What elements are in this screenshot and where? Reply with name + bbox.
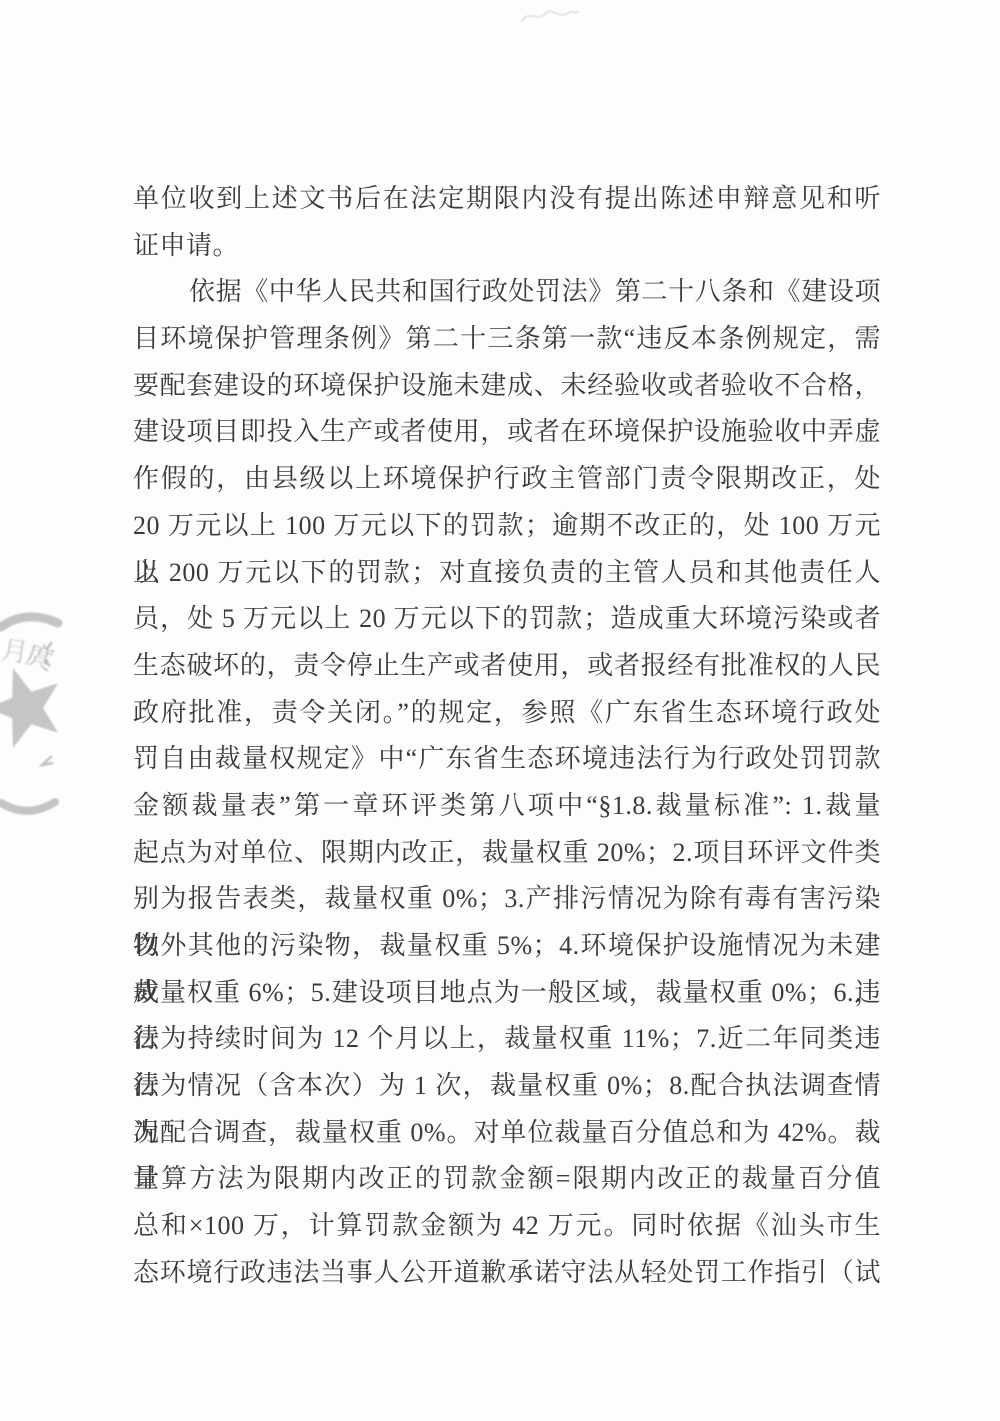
text-line: 计算方法为限期内改正的罚款金额=限期内改正的裁量百分值 — [133, 1156, 881, 1203]
seal-stroke-fragment — [42, 756, 53, 765]
text-line: 裁量权重 6%；5.建设项目地点为一般区域，裁量权重 0%；6.违法 — [133, 970, 881, 1017]
text-line: 依据《中华人民共和国行政处罚法》第二十八条和《建设项 — [133, 269, 881, 316]
text-line: 态环境行政违法当事人公开道歉承诺守法从轻处罚工作指引（试 — [133, 1250, 881, 1297]
partial-official-seal-stamp: 月 庹 — [0, 598, 72, 826]
text-line: 行为持续时间为 12 个月以上，裁量权重 11%；7.近二年同类违法 — [133, 1016, 881, 1063]
text-line: 建设项目即投入生产或者使用，或者在环境保护设施验收中弄虚 — [133, 409, 881, 456]
text-line: 起点为对单位、限期内改正，裁量权重 20%；2.项目环评文件类 — [133, 830, 881, 877]
text-line: 员，处 5 万元以上 20 万元以下的罚款；造成重大环境污染或者 — [133, 596, 881, 643]
document-page: 月 庹 单位收到上述文书后在法定期限内没有提出陈述申辩意见和听证申请。依据《中华… — [0, 0, 1000, 1421]
text-line: 罚自由裁量权规定》中“广东省生态环境违法行为行政处罚罚款 — [133, 736, 881, 783]
text-line: 行为情况（含本次）为 1 次，裁量权重 0%；8.配合执法调查情况 — [133, 1063, 881, 1110]
seal-top-arc — [1, 617, 58, 627]
seal-star-icon — [0, 668, 58, 748]
text-line: 上 200 万元以下的罚款；对直接负责的主管人员和其他责任人 — [133, 550, 881, 597]
text-line: 作假的，由县级以上环境保护行政主管部门责令限期改正，处 — [133, 456, 881, 503]
text-line: 为配合调查，裁量权重 0%。对单位裁量百分值总和为 42%。裁量 — [133, 1110, 881, 1157]
text-line: 证申请。 — [133, 223, 881, 270]
text-line: 金额裁量表”第一章环评类第八项中“§1.8.裁量标准”: 1.裁量 — [133, 783, 881, 830]
text-line: 别为报告表类，裁量权重 0%；3.产排污情况为除有毒有害污染物 — [133, 876, 881, 923]
text-line: 总和×100 万，计算罚款金额为 42 万元。同时依据《汕头市生 — [133, 1203, 881, 1250]
seal-bottom-arc — [1, 802, 55, 811]
faint-ink-smudge — [520, 5, 580, 31]
text-line: 政府批准，责令关闭。”的规定，参照《广东省生态环境行政处 — [133, 690, 881, 737]
document-body: 单位收到上述文书后在法定期限内没有提出陈述申辩意见和听证申请。依据《中华人民共和… — [133, 176, 881, 1297]
text-line: 目环境保护管理条例》第二十三条第一款“违反本条例规定，需 — [133, 316, 881, 363]
text-line: 以外其他的污染物，裁量权重 5%；4.环境保护设施情况为未建成， — [133, 923, 881, 970]
text-line: 单位收到上述文书后在法定期限内没有提出陈述申辩意见和听 — [133, 176, 881, 223]
text-line: 要配套建设的环境保护设施未建成、未经验收或者验收不合格， — [133, 363, 881, 410]
text-line: 生态破坏的，责令停止生产或者使用，或者报经有批准权的人民 — [133, 643, 881, 690]
text-line: 20 万元以上 100 万元以下的罚款；逾期不改正的，处 100 万元以 — [133, 503, 881, 550]
